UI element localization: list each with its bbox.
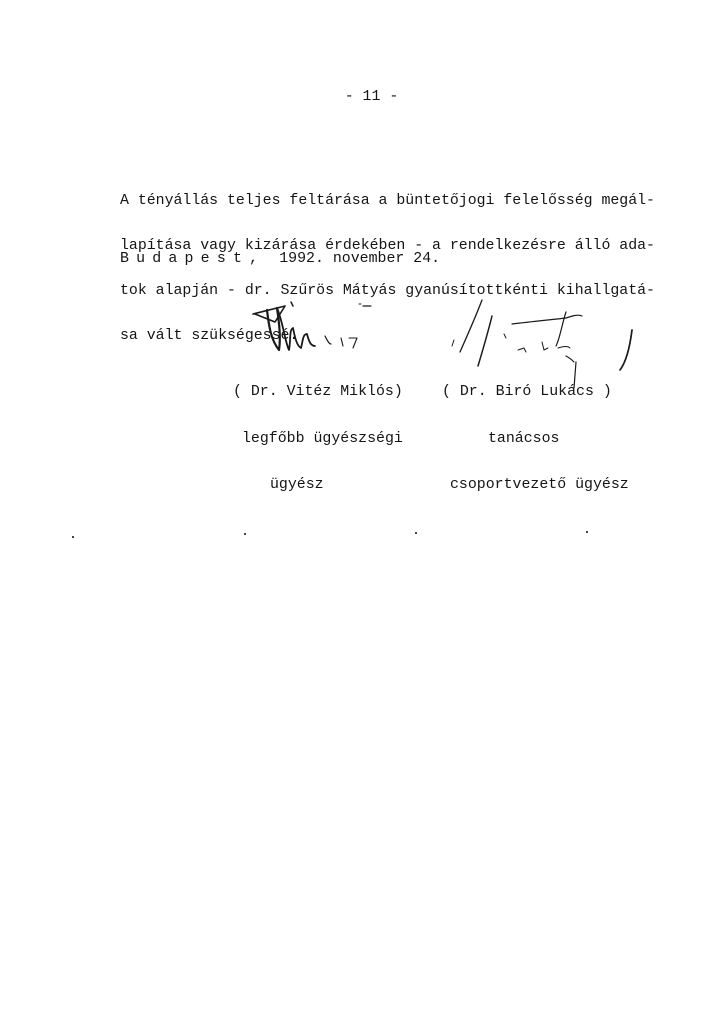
place: Budapest,	[120, 251, 265, 267]
scan-speck	[586, 531, 588, 533]
place-and-date: Budapest,1992. november 24.	[120, 252, 440, 267]
date: 1992. november 24.	[279, 251, 440, 267]
scan-speck	[415, 532, 417, 534]
scan-speck	[72, 536, 74, 538]
scan-speck	[244, 533, 246, 535]
signatory-title: tanácsos	[442, 432, 629, 448]
signatory-title: csoportvezető ügyész	[442, 478, 629, 494]
body-line: sa vált szükségessé.	[120, 329, 655, 344]
signatory-name: ( Dr. Vitéz Miklós)	[233, 385, 403, 401]
signatory-name: ( Dr. Biró Lukács )	[442, 385, 629, 401]
signatory-right: ( Dr. Biró Lukács ) tanácsos csoportveze…	[442, 354, 629, 509]
signatory-title: legfőbb ügyészségi	[233, 432, 403, 448]
signatory-title: ügyész	[233, 478, 403, 494]
page-number: - 11 -	[0, 89, 725, 106]
body-line: A tényállás teljes feltárása a büntetőjo…	[120, 194, 655, 209]
signatory-left: ( Dr. Vitéz Miklós) legfőbb ügyészségi ü…	[233, 354, 403, 509]
body-line: tok alapján - dr. Szűrös Mátyás gyanúsít…	[120, 284, 655, 299]
